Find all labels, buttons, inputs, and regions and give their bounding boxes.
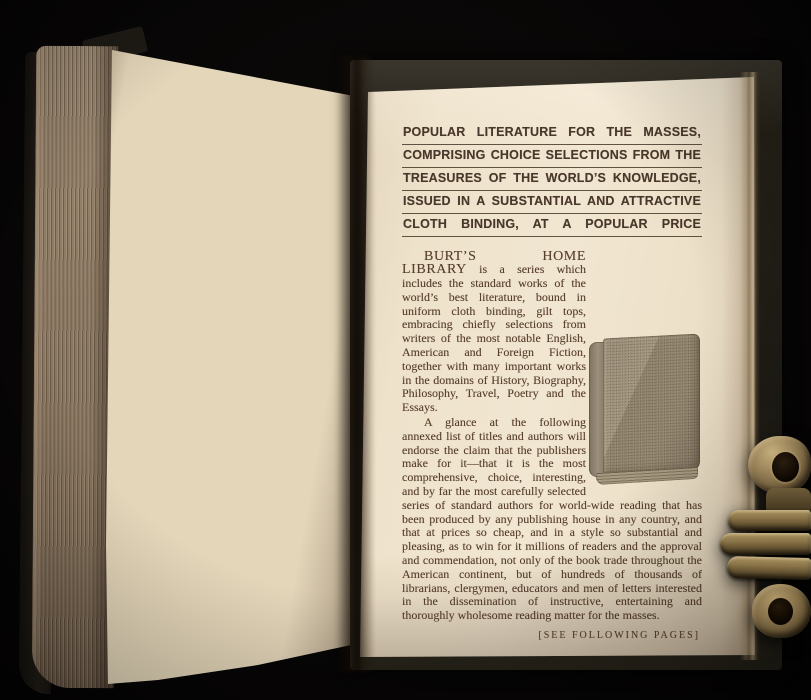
clasp-finger-ridge <box>728 510 811 531</box>
clasp-bottom-hole <box>768 598 793 625</box>
heading-line-2: COMPRISING CHOICE SELECTIONS FROM THE <box>402 149 702 168</box>
clasp-bottom-knob <box>752 584 811 638</box>
advertisement-heading: POPULAR LITERATURE FOR THE MASSES, COMPR… <box>402 126 702 237</box>
clasp-top-knob <box>748 436 811 494</box>
clasp-finger-ridge <box>720 533 811 555</box>
heading-line-3: TREASURES OF THE WORLD’S KNOWLEDGE, <box>402 172 702 191</box>
book-illustration <box>588 333 702 485</box>
heading-line-1: POPULAR LITERATURE FOR THE MASSES, <box>402 126 702 145</box>
advertisement-page: POPULAR LITERATURE FOR THE MASSES, COMPR… <box>356 68 758 662</box>
clasp-finger-ridge <box>727 556 811 580</box>
left-page-block-fore-edge <box>32 46 118 689</box>
advertisement-body: BURT’S HOME LIBRARY is a series which in… <box>402 250 702 624</box>
clasp-top-hole <box>772 452 799 482</box>
heading-line-4: ISSUED IN A SUBSTANTIAL AND ATTRACTIVE <box>402 195 702 214</box>
photo-background: POPULAR LITERATURE FOR THE MASSES, COMPR… <box>0 0 811 700</box>
paragraph-1-text: is a series which includes the standard … <box>402 262 586 414</box>
see-following-pages-note: [SEE FOLLOWING PAGES] <box>402 630 702 641</box>
heading-line-5: CLOTH BINDING, AT A POPULAR PRICE <box>402 218 702 237</box>
brass-clasp <box>718 414 811 644</box>
left-blank-page <box>98 44 356 694</box>
page-content: POPULAR LITERATURE FOR THE MASSES, COMPR… <box>402 126 702 641</box>
book-illustration-cover <box>603 333 700 475</box>
